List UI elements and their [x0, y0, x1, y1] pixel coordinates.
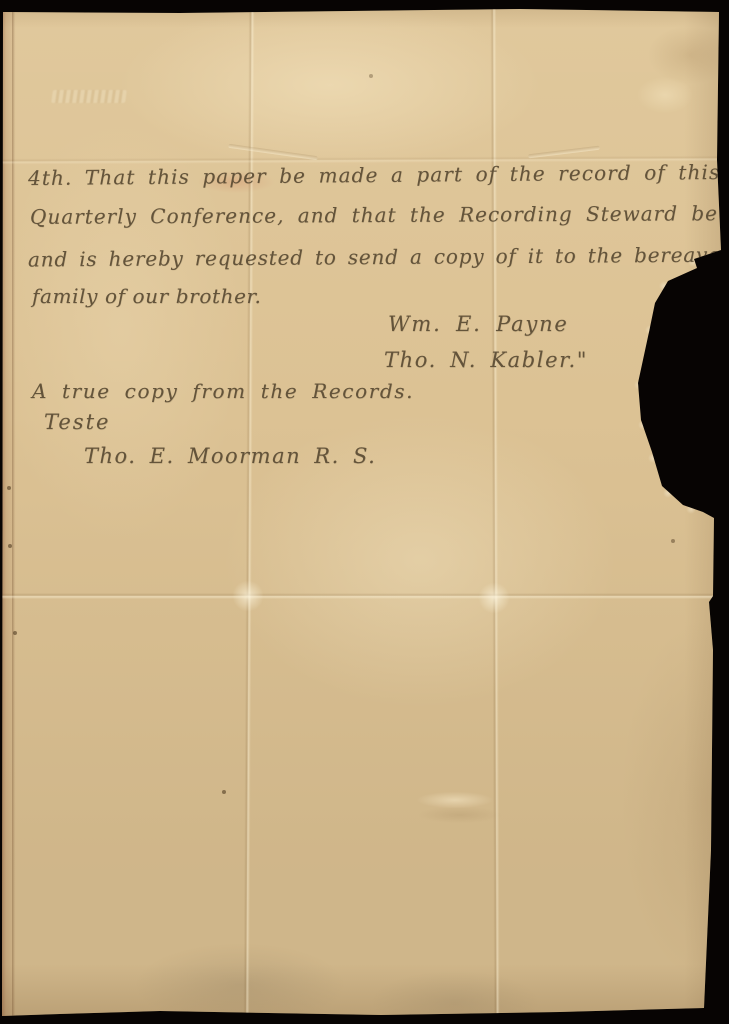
paper-speck	[8, 544, 12, 548]
signature-tho-n-kabler: Tho. N. Kabler."	[384, 348, 588, 372]
paper-speck	[13, 631, 17, 635]
fold-intersection-highlight	[231, 579, 265, 613]
left-edge-crease	[12, 0, 15, 1024]
torn-edge-highlight	[648, 453, 658, 463]
document-paper: 4th. That this paper be made a part of t…	[0, 0, 729, 1024]
paper-speck	[671, 539, 675, 543]
handwriting-line-4: family of our brother.	[32, 284, 261, 308]
vertical-fold-crease-left	[243, 0, 254, 1024]
horizontal-fold-crease-middle	[0, 593, 729, 599]
torn-edge-highlight	[645, 325, 655, 335]
embossed-stamp	[51, 90, 127, 103]
torn-edge-highlight	[634, 380, 644, 390]
attestation-teste-line: Teste	[44, 410, 110, 434]
torn-edge-highlight	[663, 488, 673, 498]
handwriting-line-1: 4th. That this paper be made a part of t…	[28, 160, 720, 190]
paper-speck	[222, 790, 226, 794]
torn-edge-highlight	[686, 504, 696, 514]
paper-speck	[369, 74, 373, 78]
fold-intersection-highlight	[477, 581, 511, 615]
torn-edge-highlight	[638, 420, 648, 430]
torn-edge-highlight	[659, 281, 669, 291]
vertical-fold-crease-right	[490, 0, 500, 1024]
paper-speck	[7, 486, 11, 490]
signature-wm-e-payne: Wm. E. Payne	[388, 312, 569, 336]
attestation-recorder-line: Tho. E. Moorman R. S.	[84, 444, 376, 468]
scan-background: 4th. That this paper be made a part of t…	[0, 0, 729, 1024]
handwriting-line-3: and is hereby requested to send a copy o…	[28, 243, 729, 272]
attestation-copy-line: A true copy from the Records.	[32, 379, 414, 403]
handwriting-line-2: Quarterly Conference, and that the Recor…	[30, 201, 718, 229]
